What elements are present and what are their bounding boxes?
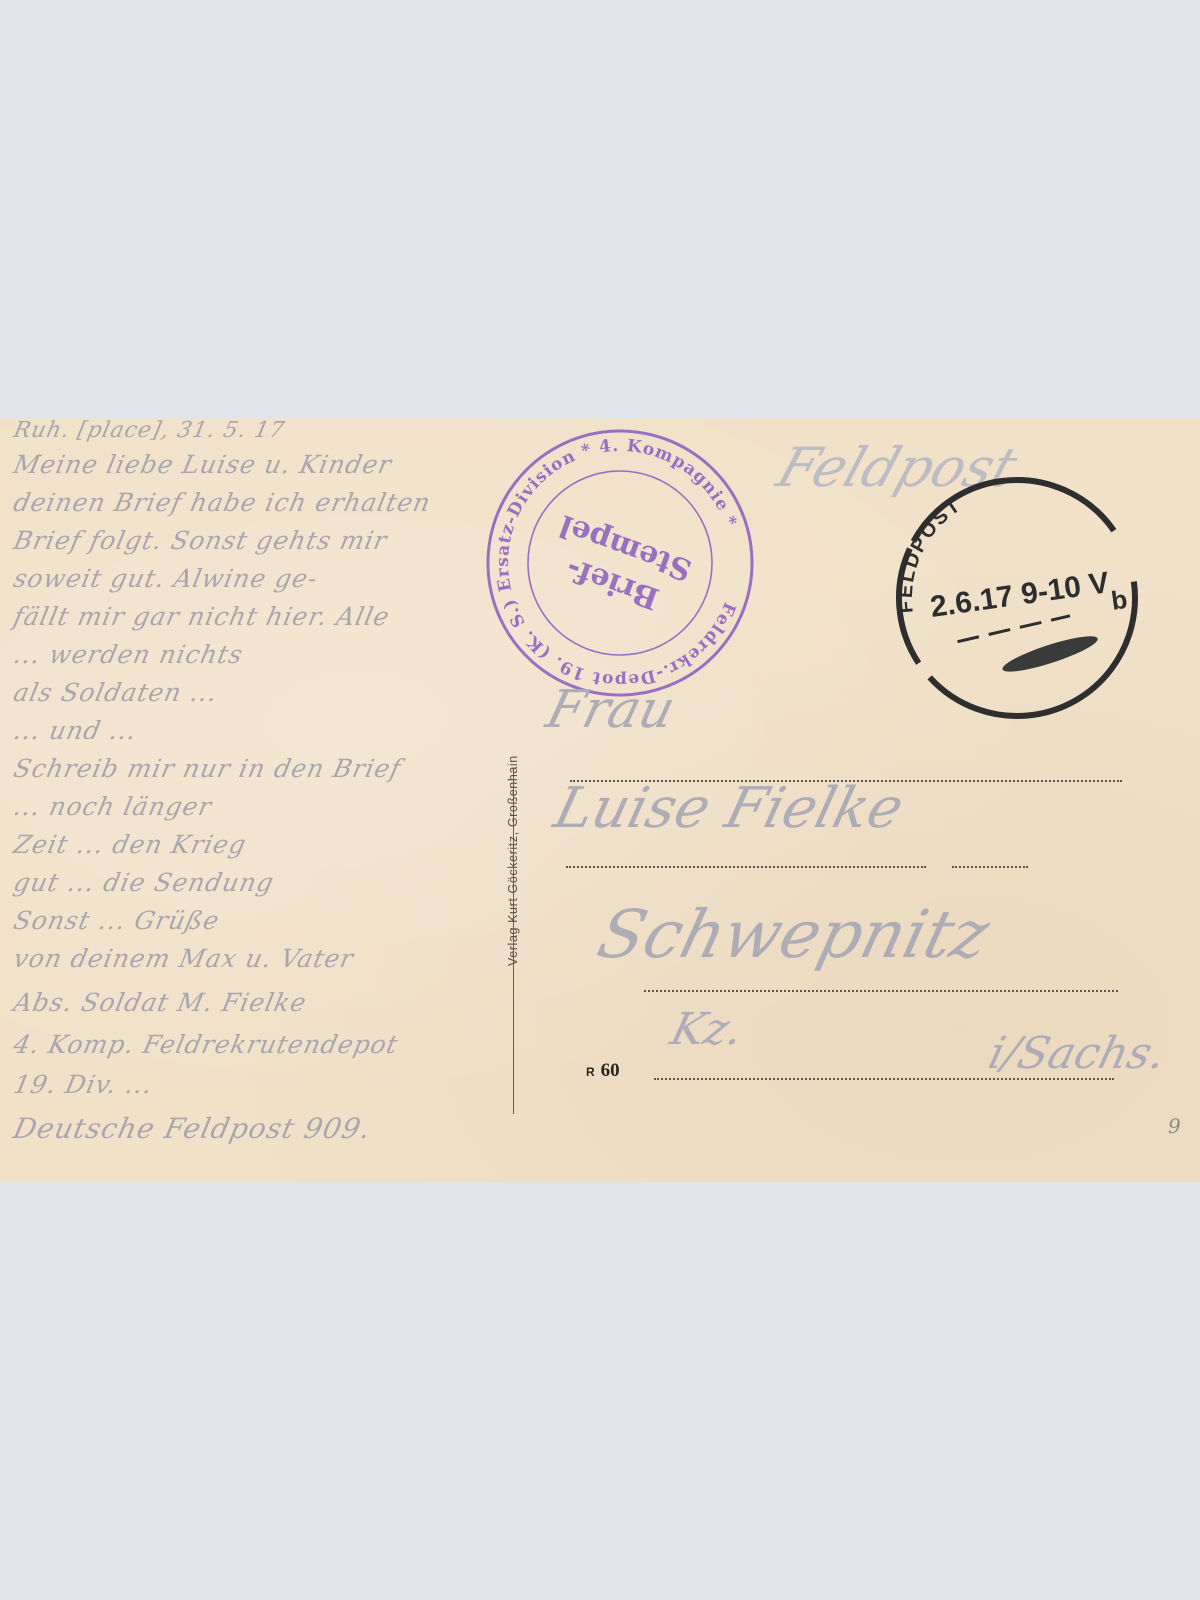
message-line: ... und ...	[11, 716, 140, 745]
address-name: Luise Fielke	[548, 776, 910, 841]
address-region: i/Sachs.	[984, 1028, 1172, 1079]
address-rule-2	[566, 866, 926, 868]
message-line: gut ... die Sendung	[11, 868, 277, 897]
publisher-imprint: Verlag Kurt Göckeritz, Großenhain	[506, 755, 520, 966]
message-line: deinen Brief habe ich erhalten	[11, 488, 434, 517]
sender-line: 4. Komp. Feldrekrutendepot	[11, 1030, 401, 1059]
message-line: Meine liebe Luise u. Kinder	[11, 450, 395, 479]
message-line: als Soldaten ...	[11, 678, 221, 707]
unit-cachet-stamp: Feldrekr.-Depot 19. (K. S.) Ersatz-Divis…	[480, 423, 760, 703]
message-line: Sonst ... Grüße	[11, 906, 223, 935]
message-line: Schreib mir nur in den Brief	[11, 754, 404, 783]
message-line: von deinem Max u. Vater	[11, 944, 357, 973]
message-line: ... werden nichts	[11, 640, 246, 669]
address-town: Schwepnitz	[590, 896, 997, 973]
feldpost-postmark: FELDPOST 2.6.17 9-10 V b	[892, 473, 1142, 723]
sender-line: 19. Div. ...	[11, 1070, 156, 1099]
form-code: R60	[586, 1060, 620, 1082]
sender-line: Deutsche Feldpost 909.	[10, 1112, 374, 1145]
message-line: fällt mir gar nicht hier. Alle	[11, 602, 393, 631]
address-rule-4	[654, 1078, 1114, 1080]
address-rule-3	[644, 990, 1118, 992]
message-line: soweit gut. Alwine ge-	[11, 564, 321, 593]
address-salutation: Frau	[541, 680, 681, 740]
postmark-date: 2.6.17 9-10 V	[928, 566, 1111, 624]
message-line: ... noch länger	[11, 792, 215, 821]
postcard: Ruh. [place], 31. 5. 17 Meine liebe Luis…	[0, 418, 1200, 1182]
archive-page-number: 9	[1168, 1114, 1181, 1138]
message-line: Zeit ... den Krieg	[11, 830, 249, 859]
message-line: Brief folgt. Sonst gehts mir	[11, 526, 390, 555]
sender-line: Abs. Soldat M. Fielke	[11, 988, 310, 1017]
form-code-prefix: R	[586, 1065, 595, 1079]
message-line: Ruh. [place], 31. 5. 17	[11, 418, 287, 443]
postmark-suffix: b	[1109, 584, 1129, 616]
address-rule-2b	[952, 866, 1028, 868]
address-district: Kz.	[666, 1004, 749, 1055]
form-code-number: 60	[601, 1060, 620, 1081]
